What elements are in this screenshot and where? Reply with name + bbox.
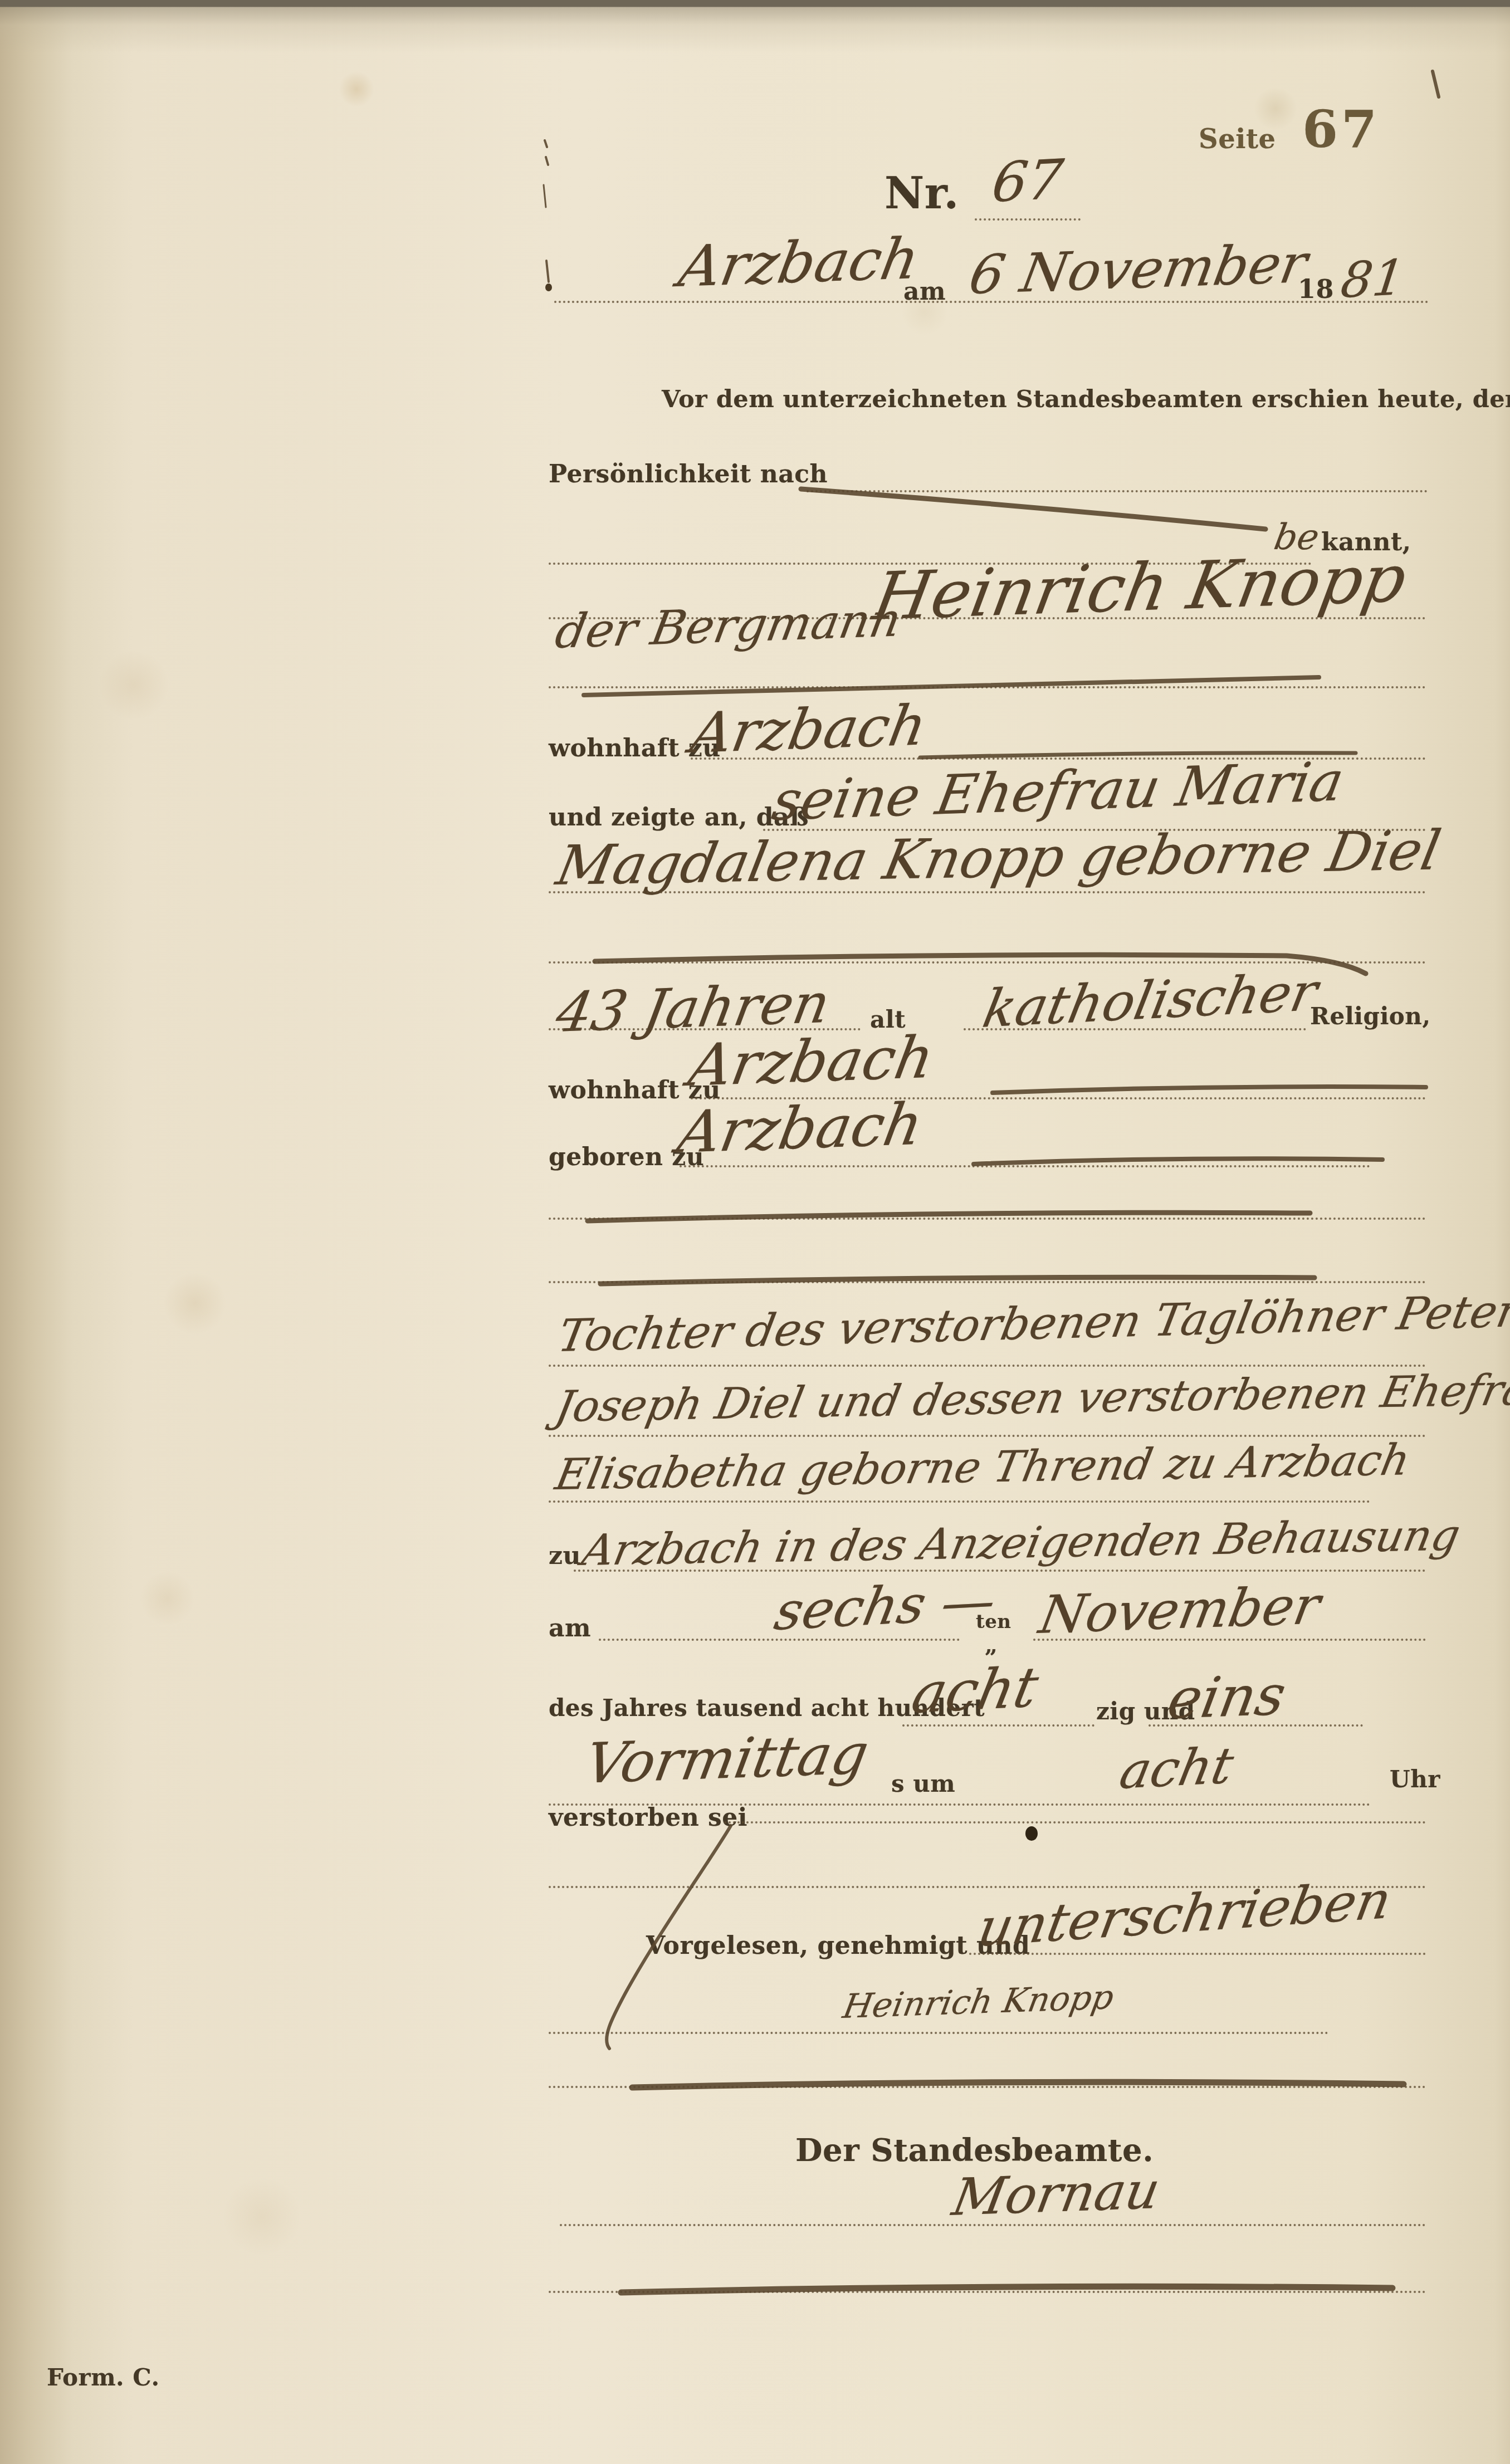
dotted-rule — [724, 1821, 1426, 1823]
ink-blot — [1025, 1826, 1038, 1841]
death-day-handwritten: sechs — — [770, 1571, 1001, 1642]
page-number: 67 — [1302, 99, 1380, 159]
year-printed: 18 — [1298, 274, 1334, 304]
year-handwritten: 81 — [1338, 248, 1408, 309]
residence2-handwritten: Arzbach — [684, 1023, 939, 1099]
dotted-rule — [549, 617, 1426, 619]
ten-repeat-mark: „ — [985, 1632, 998, 1658]
parents-line2-handwritten: Joseph Diel und dessen verstorbenen Ehef… — [551, 1365, 1510, 1432]
registrar-signature: Mornau — [948, 2160, 1164, 2227]
dotted-rule — [549, 2032, 1328, 2034]
religion-label: Religion, — [1310, 1003, 1431, 1030]
declarant-prefix-handwritten: der Bergmann — [551, 593, 905, 659]
ink-strikethrough — [993, 1087, 1426, 1093]
dotted-rule — [554, 301, 1429, 303]
declarant-signature: Heinrich Knopp — [840, 1978, 1117, 2026]
intro-line: Vor dem unterzeichneten Standesbeamten e… — [662, 385, 1510, 413]
dotted-rule — [807, 490, 1428, 492]
dotted-rule — [549, 891, 1426, 893]
dotted-rule — [1149, 1724, 1363, 1727]
nr-label: Nr. — [885, 168, 959, 219]
am2-label: am — [549, 1614, 591, 1642]
died-label: verstorben sei — [549, 1803, 747, 1832]
ink-blot — [545, 283, 552, 291]
dateline-daymonth-handwritten: 6 November — [965, 232, 1312, 306]
dotted-rule-struck — [549, 1218, 1426, 1220]
dotted-rule — [1033, 1639, 1426, 1641]
deathplace-prefix-label: zu — [549, 1542, 581, 1570]
dotted-rule-struck — [549, 686, 1426, 688]
parents-line1-handwritten: Tochter des verstorbenen Taglöhner Peter — [554, 1285, 1510, 1362]
record-number-handwritten: 67 — [989, 148, 1067, 215]
form-label: Form. C. — [47, 2364, 160, 2391]
margin-ink-speck — [544, 185, 546, 207]
read-approved-label: Vorgelesen, genehmigt und — [646, 1932, 1030, 1960]
dotted-rule — [599, 1639, 960, 1641]
seite-label: Seite — [1199, 124, 1276, 155]
uhr-label: Uhr — [1390, 1766, 1440, 1793]
hour-handwritten: acht — [1115, 1737, 1238, 1801]
ink-strikethrough — [974, 1158, 1382, 1164]
dotted-rule — [975, 218, 1081, 221]
dateline-place-handwritten: Arzbach — [674, 226, 924, 300]
dotted-rule — [549, 1500, 1370, 1503]
margin-ink-speck — [545, 140, 547, 147]
dotted-rule — [549, 1435, 1426, 1437]
dotted-rule — [964, 1028, 1306, 1030]
identity-label: Persönlichkeit nach — [549, 460, 828, 488]
dotted-rule — [902, 1724, 1094, 1727]
dotted-rule — [969, 1953, 1426, 1955]
s-um-label: s um — [891, 1770, 955, 1797]
residence-handwritten: Arzbach — [686, 693, 931, 766]
year-ones-handwritten: eins — [1163, 1663, 1291, 1732]
parents-line3-handwritten: Elisabetha geborne Thrend zu Arzbach — [551, 1435, 1414, 1500]
daytime-handwritten: Vormittag — [580, 1722, 873, 1796]
dotted-rule — [549, 1365, 1426, 1367]
year-tens-handwritten: acht — [907, 1655, 1044, 1726]
ink-strikethrough — [801, 489, 1265, 529]
dotted-rule-struck — [549, 2086, 1426, 2088]
margin-ink-speck — [546, 157, 548, 165]
death-record-page: Seite 67 Nr. 67 Arzbach am 6 November 18… — [0, 0, 1510, 2464]
birthplace-handwritten: Arzbach — [673, 1090, 928, 1166]
deathplace-handwritten: Arzbach in des Anzeigenden Behausung — [578, 1511, 1464, 1576]
death-month-handwritten: November — [1035, 1576, 1325, 1646]
dotted-rule — [680, 1165, 1370, 1167]
dotted-rule — [560, 2224, 1426, 2226]
dotted-rule-struck — [549, 1281, 1426, 1283]
margin-ink-speck — [546, 261, 549, 282]
signed-handwritten: unterschrieben — [974, 1870, 1396, 1959]
ink-strokes-overlay — [0, 0, 1510, 2464]
spouse-line1-handwritten: seine Ehefrau Maria — [768, 750, 1348, 833]
dotted-rule-struck — [549, 2291, 1426, 2293]
declarant-name-handwritten: Heinrich Knopp — [868, 540, 1412, 635]
corner-ink-mark — [1433, 71, 1439, 97]
ten-label: ten — [976, 1611, 1011, 1633]
